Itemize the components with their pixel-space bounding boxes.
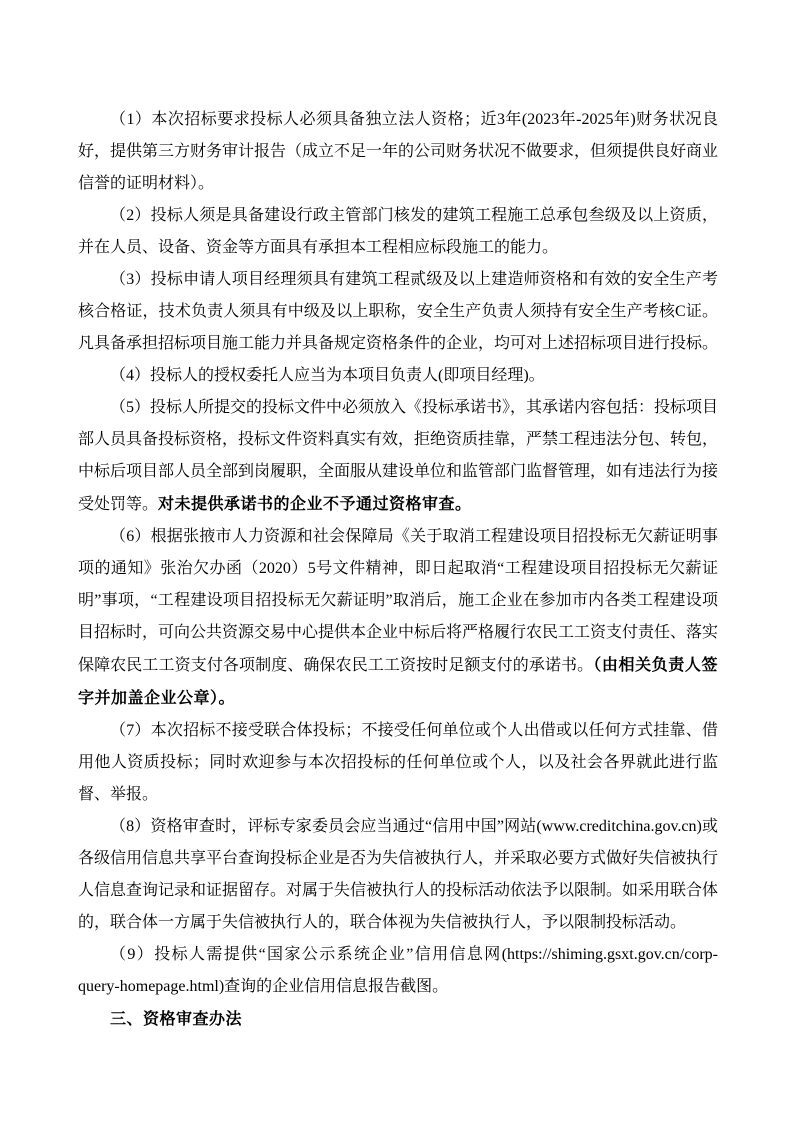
clause-paragraph-9: （9）投标人需提供“国家公示系统企业”信用信息网(https://shiming…	[78, 939, 718, 1003]
emphasis-text: 三、资格审查办法	[110, 1009, 242, 1028]
document-body: （1）本次招标要求投标人必须具备独立法人资格；近3年(2023年-2025年)财…	[78, 104, 718, 1035]
clause-paragraph-3: （3）投标申请人项目经理须具有建筑工程贰级及以上建造师资格和有效的安全生产考核合…	[78, 264, 718, 360]
body-text: （7）本次招标不接受联合体投标；不接受任何单位或个人出借或以任何方式挂靠、借用他…	[78, 722, 718, 803]
clause-paragraph-4: （4）投标人的授权委托人应当为本项目负责人(即项目经理)。	[78, 360, 718, 392]
body-text: （3）投标申请人项目经理须具有建筑工程贰级及以上建造师资格和有效的安全生产考核合…	[78, 271, 718, 352]
clause-paragraph-5: （5）投标人所提交的投标文件中必须放入《投标承诺书》，其承诺内容包括：投标项目部…	[78, 392, 718, 521]
emphasis-text: 对未提供承诺书的企业不予通过资格审查。	[158, 494, 472, 513]
body-text: （9）投标人需提供“国家公示系统企业”信用信息网(https://shiming…	[78, 946, 718, 995]
body-text: （4）投标人的授权委托人应当为本项目负责人(即项目经理)。	[110, 367, 545, 384]
clause-paragraph-6: （6）根据张掖市人力资源和社会保障局《关于取消工程建设项目招投标无欠薪证明事项的…	[78, 521, 718, 715]
body-text: （1）本次招标要求投标人必须具备独立法人资格；近3年(2023年-2025年)财…	[78, 111, 718, 192]
section-heading-qualification-review: 三、资格审查办法	[78, 1003, 718, 1035]
document-page: （1）本次招标要求投标人必须具备独立法人资格；近3年(2023年-2025年)财…	[0, 0, 793, 1122]
clause-paragraph-7: （7）本次招标不接受联合体投标；不接受任何单位或个人出借或以任何方式挂靠、借用他…	[78, 715, 718, 811]
body-text: （8）资格审查时，评标专家委员会应当通过“信用中国”网站(www.creditc…	[78, 818, 718, 931]
body-text: （6）根据张掖市人力资源和社会保障局《关于取消工程建设项目招投标无欠薪证明事项的…	[78, 528, 718, 674]
clause-paragraph-8: （8）资格审查时，评标专家委员会应当通过“信用中国”网站(www.creditc…	[78, 811, 718, 939]
clause-paragraph-2: （2）投标人须是具备建设行政主管部门核发的建筑工程施工总承包叁级及以上资质，并在…	[78, 200, 718, 264]
body-text: （2）投标人须是具备建设行政主管部门核发的建筑工程施工总承包叁级及以上资质，并在…	[78, 207, 718, 256]
clause-paragraph-1: （1）本次招标要求投标人必须具备独立法人资格；近3年(2023年-2025年)财…	[78, 104, 718, 200]
